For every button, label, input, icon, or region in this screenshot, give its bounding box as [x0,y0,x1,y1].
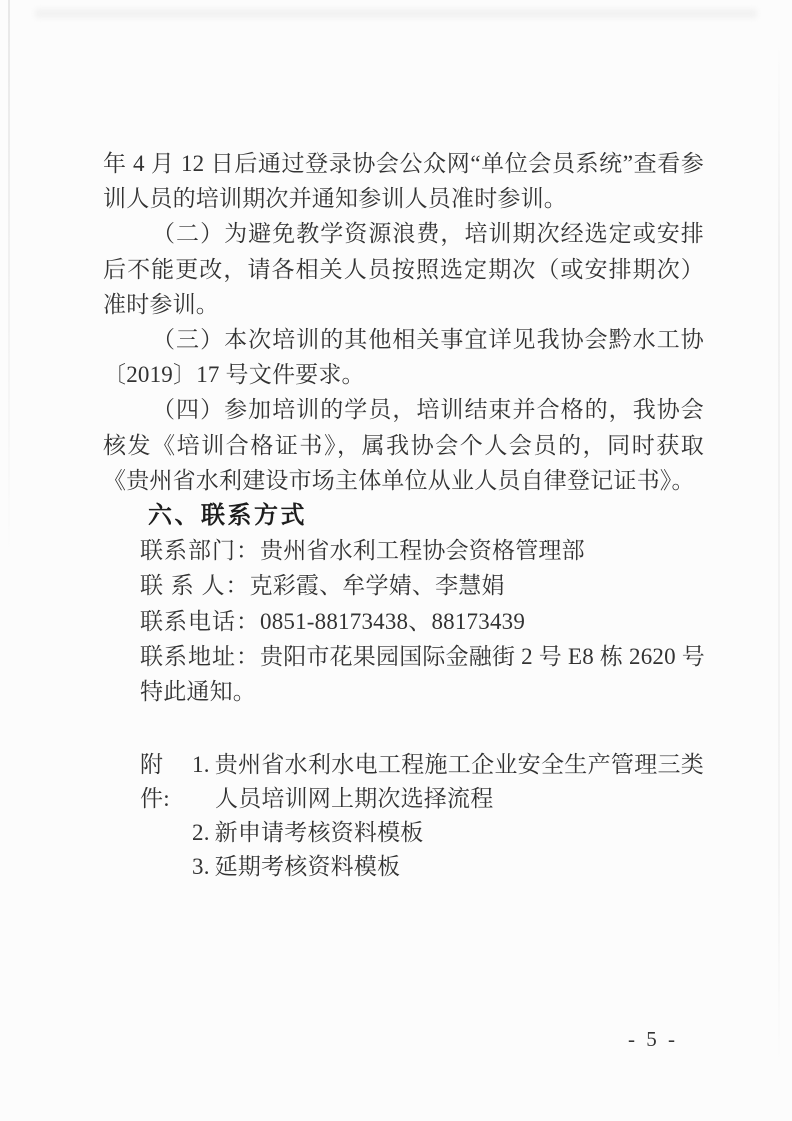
contact-label: 联系电话： [140,609,260,634]
paragraph-item-2: （二）为避免教学资源浪费，培训期次经选定或安排后不能更改，请各相关人员按照选定期… [103,216,704,322]
attachment-title: 新申请考核资料模板 [215,820,424,845]
contact-label: 联 系 人： [140,573,250,598]
notice-body: 年 4 月 12 日后通过登录协会公众网“单位会员系统”查看参训人员的培训期次并… [103,146,704,884]
attachment-item: 3.延期考核资料模板 [192,850,704,884]
attachment-number: 1. [192,752,215,777]
page-number: - 5 - [628,1024,678,1055]
contact-value: 0851-88173438、88173439 [260,609,525,634]
contact-line-phone: 联系电话：0851-88173438、88173439 [140,604,704,639]
attachment-title: 贵州省水利水电工程施工企业安全生产管理三类人员培训网上期次选择流程 [215,752,704,811]
scanned-notice-page: 年 4 月 12 日后通过登录协会公众网“单位会员系统”查看参训人员的培训期次并… [0,0,792,1121]
contact-value: 贵州省水利工程协会资格管理部 [260,538,585,563]
attachment-title: 延期考核资料模板 [215,854,401,879]
closing-statement: 特此通知。 [140,674,704,709]
vertical-gap [103,709,704,748]
scan-artifact-right-line [778,40,780,1070]
contact-value: 克彩霞、牟学婧、李慧娟 [250,573,505,598]
attachment-item: 2.新申请考核资料模板 [192,816,704,850]
contact-label: 联系部门： [140,538,260,563]
contact-label: 联系地址： [140,644,260,669]
paragraph-item-3: （三）本次培训的其他相关事宜详见我协会黔水工协〔2019〕17 号文件要求。 [103,322,704,392]
scan-artifact-top-smudge [35,9,757,18]
scan-artifact-left-line [8,0,10,560]
contact-line-address: 联系地址：贵阳市花果园国际金融街 2 号 E8 栋 2620 号 [140,639,704,674]
attachment-item: 1.贵州省水利水电工程施工企业安全生产管理三类人员培训网上期次选择流程 [192,748,704,816]
paragraph-continuation: 年 4 月 12 日后通过登录协会公众网“单位会员系统”查看参训人员的培训期次并… [103,146,704,216]
contact-value: 贵阳市花果园国际金融街 2 号 E8 栋 2620 号 [260,644,705,669]
attachments-block: 附件: 1.贵州省水利水电工程施工企业安全生产管理三类人员培训网上期次选择流程 … [140,748,704,884]
attachments-label: 附件: [140,748,192,816]
attachments-list: 1.贵州省水利水电工程施工企业安全生产管理三类人员培训网上期次选择流程 2.新申… [192,748,704,884]
section-heading-contact: 六、联系方式 [148,498,704,533]
paragraph-item-4: （四）参加培训的学员，培训结束并合格的，我协会核发《培训合格证书》，属我协会个人… [103,392,704,498]
contact-line-department: 联系部门：贵州省水利工程协会资格管理部 [140,533,704,568]
attachment-number: 2. [192,820,215,845]
contact-line-person: 联 系 人：克彩霞、牟学婧、李慧娟 [140,568,704,603]
attachment-number: 3. [192,854,215,879]
